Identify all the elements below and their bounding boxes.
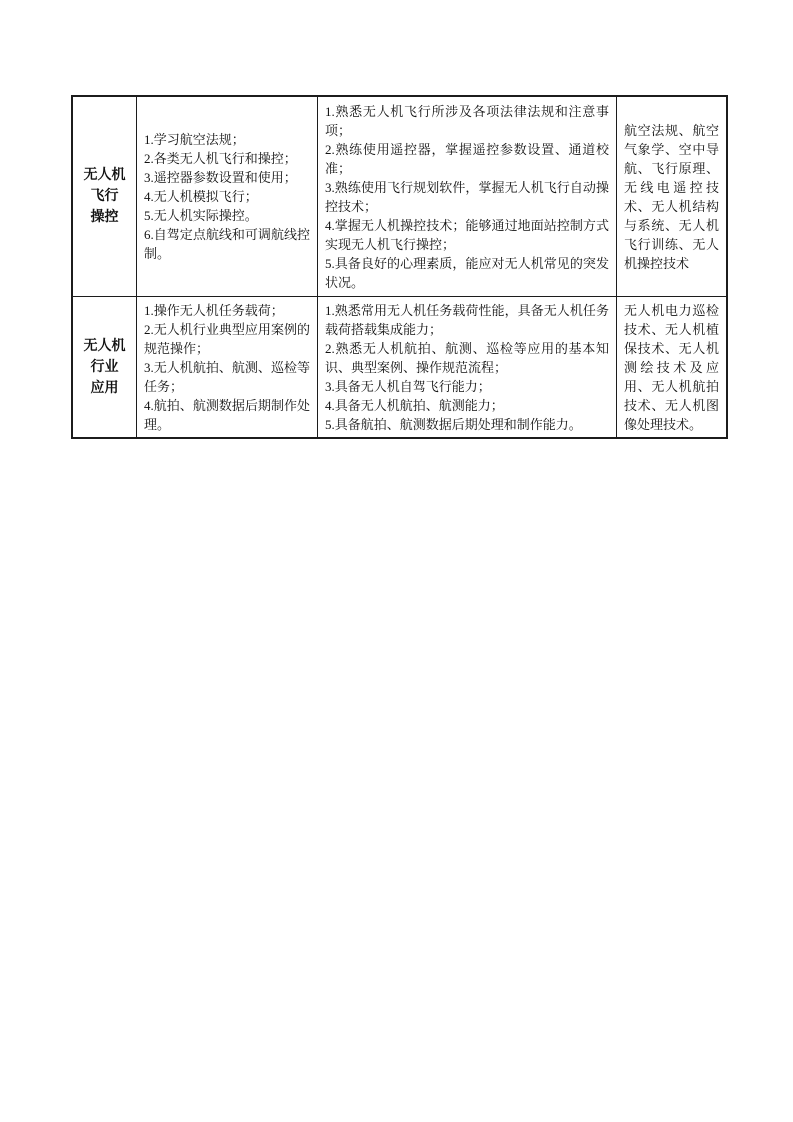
list-item: 1.操作无人机任务载荷；: [144, 301, 310, 320]
list-item: 2.熟悉无人机航拍、航测、巡检等应用的基本知识、典型案例、操作规范流程；: [325, 339, 609, 377]
list-item: 1.熟悉无人机飞行所涉及各项法律法规和注意事项；: [325, 102, 609, 140]
list-item: 4.具备无人机航拍、航测能力；: [325, 396, 609, 415]
learning-content-cell-row2: 1.操作无人机任务载荷； 2.无人机行业典型应用案例的规范操作； 3.无人机航拍…: [137, 297, 318, 437]
list-item: 3.遥控器参数设置和使用；: [144, 168, 310, 187]
knowledge-cell-row2: 无人机电力巡检技术、无人机植保技术、无人机测绘技术及应用、无人机航拍技术、无人机…: [617, 297, 726, 437]
list-item: 4.航拍、航测数据后期制作处理。: [144, 396, 310, 434]
list-item: 2.各类无人机飞行和操控；: [144, 149, 310, 168]
list-item: 3.具备无人机自驾飞行能力；: [325, 377, 609, 396]
list-item: 6.自驾定点航线和可调航线控制。: [144, 225, 310, 263]
list-item: 2.熟练使用遥控器，掌握遥控参数设置、通道校准；: [325, 140, 609, 178]
list-item: 3.无人机航拍、航测、巡检等任务；: [144, 358, 310, 396]
knowledge-cell-row1: 航空法规、航空气象学、空中导航、飞行原理、无线电遥控技术、无人机结构与系统、无人…: [617, 97, 726, 297]
uav-training-table: 无人机 飞行 操控 1.学习航空法规； 2.各类无人机飞行和操控； 3.遥控器参…: [71, 95, 728, 439]
list-item: 5.无人机实际操控。: [144, 206, 310, 225]
list-item: 2.无人机行业典型应用案例的规范操作；: [144, 320, 310, 358]
learning-content-cell-row1: 1.学习航空法规； 2.各类无人机飞行和操控； 3.遥控器参数设置和使用； 4.…: [137, 97, 318, 297]
category-cell-industry-application: 无人机 行业 应用: [73, 297, 137, 437]
list-item: 3.熟练使用飞行规划软件，掌握无人机飞行自动操控技术；: [325, 178, 609, 216]
list-item: 5.具备良好的心理素质，能应对无人机常见的突发状况。: [325, 254, 609, 292]
list-item: 5.具备航拍、航测数据后期处理和制作能力。: [325, 415, 609, 434]
requirements-cell-row1: 1.熟悉无人机飞行所涉及各项法律法规和注意事项； 2.熟练使用遥控器，掌握遥控参…: [318, 97, 617, 297]
category-cell-flight-control: 无人机 飞行 操控: [73, 97, 137, 297]
list-item: 4.无人机模拟飞行；: [144, 187, 310, 206]
document-page: 无人机 飞行 操控 1.学习航空法规； 2.各类无人机飞行和操控； 3.遥控器参…: [0, 0, 793, 1122]
list-item: 1.学习航空法规；: [144, 130, 310, 149]
requirements-cell-row2: 1.熟悉常用无人机任务载荷性能，具备无人机任务载荷搭载集成能力； 2.熟悉无人机…: [318, 297, 617, 437]
list-item: 1.熟悉常用无人机任务载荷性能，具备无人机任务载荷搭载集成能力；: [325, 301, 609, 339]
list-item: 4.掌握无人机操控技术；能够通过地面站控制方式实现无人机飞行操控；: [325, 216, 609, 254]
